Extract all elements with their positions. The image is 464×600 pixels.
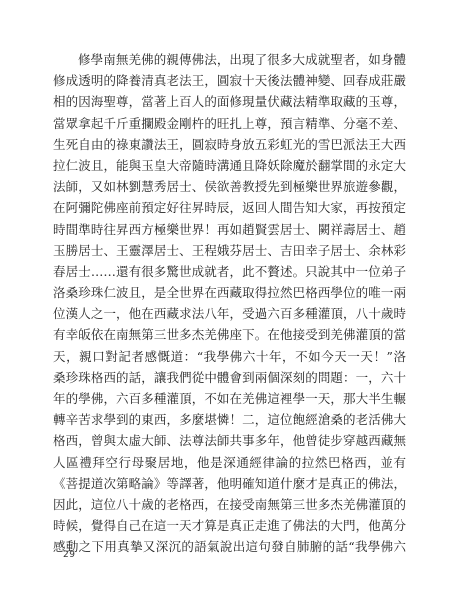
text-line: 桑珍珠格西的話，讓我們從中體會到兩個深刻的問題：一，六十 xyxy=(53,367,406,388)
document-page: 修學南無羌佛的親傳佛法，出現了很多大成就聖者，如身體修成透明的降養清真老法王，圓… xyxy=(0,0,464,600)
text-line: 格西，曾與太虛大師、法尊法師共事多年，他曾徒步穿越西藏無 xyxy=(53,430,406,451)
text-line: 有幸皈依在南無第三世多杰羌佛座下。在他接受到羌佛灌頂的當 xyxy=(53,324,406,345)
text-line: 年的學佛，六百多種灌頂，不如在羌佛這裡學一天，那大半生輾 xyxy=(53,388,406,409)
text-line: 時候，覺得自己在這一天才算是真正走進了佛法的大門，他萬分 xyxy=(53,515,406,536)
text-line: 相的因海聖尊，當著上百人的面修現量伏藏法精準取藏的玉尊， xyxy=(53,91,406,112)
page-number: 29 xyxy=(63,550,75,560)
text-line: 修學南無羌佛的親傳佛法，出現了很多大成就聖者，如身體 xyxy=(53,49,406,70)
text-line: 因此，這位八十歲的老格西，在接受南無第三世多杰羌佛灌頂的 xyxy=(53,494,406,515)
text-line: 春居士……還有很多驚世成就者，此不贅述。只說其中一位弟子 xyxy=(53,261,406,282)
text-line: 《菩提道次第略論》等譯著，他明確知道什麼才是真正的佛法， xyxy=(53,473,406,494)
text-line: 位漢人之一，他在西藏求法八年，受過六百多種灌頂，八十歲時 xyxy=(53,303,406,324)
text-line: 法師，又如林劉慧秀居士、侯欲善教授先到極樂世界旅遊參觀， xyxy=(53,176,406,197)
text-line: 時間準時往昇西方極樂世界！再如趙賢雲居士、闕祥壽居士、趙 xyxy=(53,219,406,240)
text-line: 在阿彌陀佛座前預定好往昇時辰，返回人間告知大家，再按預定 xyxy=(53,197,406,218)
text-line: 當眾拿起千斤重攔殿金剛杵的旺扎上尊，預言精準、分毫不差、 xyxy=(53,113,406,134)
text-line: 人區禮拜空行母聚居地，他是深通經律論的拉然巴格西，並有 xyxy=(53,452,406,473)
text-line: 感動之下用真摯又深沉的語氣說出這句發自肺腑的話“我學佛六 xyxy=(53,536,406,557)
body-text: 修學南無羌佛的親傳佛法，出現了很多大成就聖者，如身體修成透明的降養清真老法王，圓… xyxy=(53,49,406,558)
text-line: 轉辛苦求學到的東西，多麼堪憐！二，這位飽經滄桑的老活佛大 xyxy=(53,409,406,430)
text-line: 天，親口對記者感慨道：“我學佛六十年，不如今天一天！”洛 xyxy=(53,346,406,367)
text-line: 玉勝居士、王靈澤居士、王程娥芬居士、吉田幸子居士、余林彩 xyxy=(53,240,406,261)
text-line: 生死自由的祿東讚法王，圓寂時身放五彩虹光的雪巴派法王大西 xyxy=(53,134,406,155)
text-line: 修成透明的降養清真老法王，圓寂十天後法體神變、回春成莊嚴 xyxy=(53,70,406,91)
text-line: 洛桑珍珠仁波且，是全世界在西藏取得拉然巴格西學位的唯一兩 xyxy=(53,282,406,303)
text-line: 拉仁波且，能與玉皇大帝隨時溝通且降妖除魔於翻掌間的永定大 xyxy=(53,155,406,176)
